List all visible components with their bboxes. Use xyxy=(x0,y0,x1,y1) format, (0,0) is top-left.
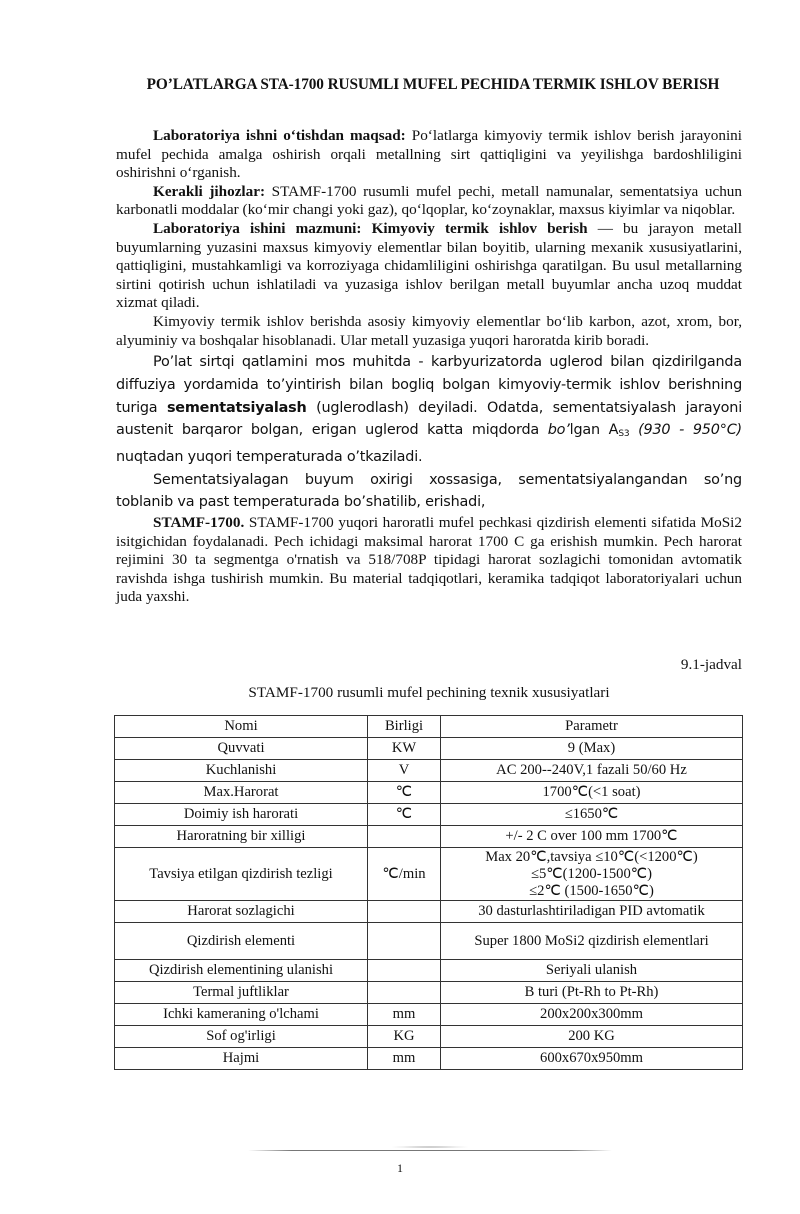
cell-name: Haroratning bir xilligi xyxy=(115,826,368,848)
page-number: 1 xyxy=(0,1161,800,1176)
cell-parameter: +/- 2 C over 100 mm 1700℃ xyxy=(441,826,743,848)
cell-parameter: Max 20℃,tavsiya ≤10℃(<1200℃)≤5℃(1200-150… xyxy=(441,848,743,901)
cell-unit: V xyxy=(368,760,441,782)
cell-name: Hajmi xyxy=(115,1048,368,1070)
table-row: Harorat sozlagichi30 dasturlashtiriladig… xyxy=(115,901,743,923)
stamf-label: STAMF-1700. xyxy=(153,514,244,531)
parameter-line: ≤5℃(1200-1500℃) xyxy=(443,866,740,883)
table-row: Tavsiya etilgan qizdirish tezligi℃/minMa… xyxy=(115,848,743,901)
paragraph-result: Sementatsiyalagan buyum oxirigi xossasig… xyxy=(116,469,742,514)
table-row: KuchlanishiVAC 200--240V,1 fazali 50/60 … xyxy=(115,760,743,782)
cell-name: Harorat sozlagichi xyxy=(115,901,368,923)
cell-parameter: ≤1650℃ xyxy=(441,804,743,826)
table-row: Doimiy ish harorati℃≤1650℃ xyxy=(115,804,743,826)
document-title: PO’LATLARGA STA-1700 RUSUMLI MUFEL PECHI… xyxy=(113,76,753,94)
cell-unit xyxy=(368,901,441,923)
footer-divider xyxy=(248,1150,612,1151)
paragraph-elements: Kimyoviy termik ishlov berishda asosiy k… xyxy=(116,313,742,350)
cell-parameter: 200 KG xyxy=(441,1026,743,1048)
cell-name: Ichki kameraning o'lchami xyxy=(115,1004,368,1026)
cementation-subscript: S3 xyxy=(618,429,629,439)
content-label: Laboratoriya ishini mazmuni: Kimyoviy te… xyxy=(153,220,588,237)
cell-unit: ℃/min xyxy=(368,848,441,901)
cell-name: Termal juftliklar xyxy=(115,982,368,1004)
cell-unit: mm xyxy=(368,1004,441,1026)
equipment-label: Kerakli jihozlar: xyxy=(153,183,265,200)
cell-unit xyxy=(368,960,441,982)
cell-unit xyxy=(368,826,441,848)
cementation-text-3: lgan A xyxy=(570,422,619,438)
cell-parameter: 9 (Max) xyxy=(441,738,743,760)
cell-name: Quvvati xyxy=(115,738,368,760)
cell-unit xyxy=(368,982,441,1004)
parameter-line: Max 20℃,tavsiya ≤10℃(<1200℃) xyxy=(443,849,740,866)
table-row: QuvvatiKW9 (Max) xyxy=(115,738,743,760)
cell-name: Qizdirish elementining ulanishi xyxy=(115,960,368,982)
table-row: Max.Harorat℃1700℃(<1 soat) xyxy=(115,782,743,804)
paragraph-goal: Laboratoriya ishni o‘tishdan maqsad: Po‘… xyxy=(116,127,742,183)
paragraph-cementation: Po’lat sirtqi qatlamini mos muhitda - ka… xyxy=(116,351,742,469)
table-header-row: Nomi Birligi Parametr xyxy=(115,716,743,738)
footer-ornament xyxy=(390,1146,470,1148)
cell-unit: ℃ xyxy=(368,782,441,804)
cell-name: Sof og'irligi xyxy=(115,1026,368,1048)
cell-parameter: Seriyali ulanish xyxy=(441,960,743,982)
cementation-term: sementatsiyalash xyxy=(167,400,307,416)
cell-unit: mm xyxy=(368,1048,441,1070)
header-parameter: Parametr xyxy=(441,716,743,738)
cell-parameter: 200x200x300mm xyxy=(441,1004,743,1026)
parameter-line: ≤2℃ (1500-1650℃) xyxy=(443,883,740,900)
cell-parameter: 30 dasturlashtiriladigan PID avtomatik xyxy=(441,901,743,923)
table-row: Ichki kameraning o'lchamimm200x200x300mm xyxy=(115,1004,743,1026)
cementation-italic-1: bo’ xyxy=(548,422,570,438)
cell-unit: KW xyxy=(368,738,441,760)
goal-label: Laboratoriya ishni o‘tishdan maqsad: xyxy=(153,127,406,144)
table-caption: STAMF-1700 rusumli mufel pechining texni… xyxy=(116,684,742,702)
header-name: Nomi xyxy=(115,716,368,738)
table-row: Sof og'irligiKG200 KG xyxy=(115,1026,743,1048)
cell-name: Kuchlanishi xyxy=(115,760,368,782)
cell-parameter: Super 1800 MoSi2 qizdirish elementlari xyxy=(441,923,743,960)
table-number: 9.1-jadval xyxy=(681,656,742,674)
cell-unit: ℃ xyxy=(368,804,441,826)
table-row: Termal juftliklarB turi (Pt-Rh to Pt-Rh) xyxy=(115,982,743,1004)
cementation-temperature-range: (930 - 950°C) xyxy=(629,422,742,438)
paragraph-equipment: Kerakli jihozlar: STAMF-1700 rusumli muf… xyxy=(116,183,742,220)
cell-unit xyxy=(368,923,441,960)
cell-parameter: 600x670x950mm xyxy=(441,1048,743,1070)
table-row: Qizdirish elementiSuper 1800 MoSi2 qizdi… xyxy=(115,923,743,960)
cell-name: Max.Harorat xyxy=(115,782,368,804)
cell-name: Doimiy ish harorati xyxy=(115,804,368,826)
cementation-text-4: nuqtadan yuqori temperaturada o’tkazilad… xyxy=(116,449,422,465)
cell-name: Tavsiya etilgan qizdirish tezligi xyxy=(115,848,368,901)
table-row: Hajmimm600x670x950mm xyxy=(115,1048,743,1070)
table-row: Qizdirish elementining ulanishiSeriyali … xyxy=(115,960,743,982)
table-row: Haroratning bir xilligi+/- 2 C over 100 … xyxy=(115,826,743,848)
cell-name: Qizdirish elementi xyxy=(115,923,368,960)
header-unit: Birligi xyxy=(368,716,441,738)
specifications-table: Nomi Birligi Parametr QuvvatiKW9 (Max)Ku… xyxy=(114,715,743,1070)
paragraph-stamf: STAMF-1700. STAMF-1700 yuqori haroratli … xyxy=(116,514,742,607)
body-text: Laboratoriya ishni o‘tishdan maqsad: Po‘… xyxy=(116,127,742,607)
paragraph-content: Laboratoriya ishini mazmuni: Kimyoviy te… xyxy=(116,220,742,313)
cell-parameter: 1700℃(<1 soat) xyxy=(441,782,743,804)
cell-parameter: AC 200--240V,1 fazali 50/60 Hz xyxy=(441,760,743,782)
cell-unit: KG xyxy=(368,1026,441,1048)
cell-parameter: B turi (Pt-Rh to Pt-Rh) xyxy=(441,982,743,1004)
